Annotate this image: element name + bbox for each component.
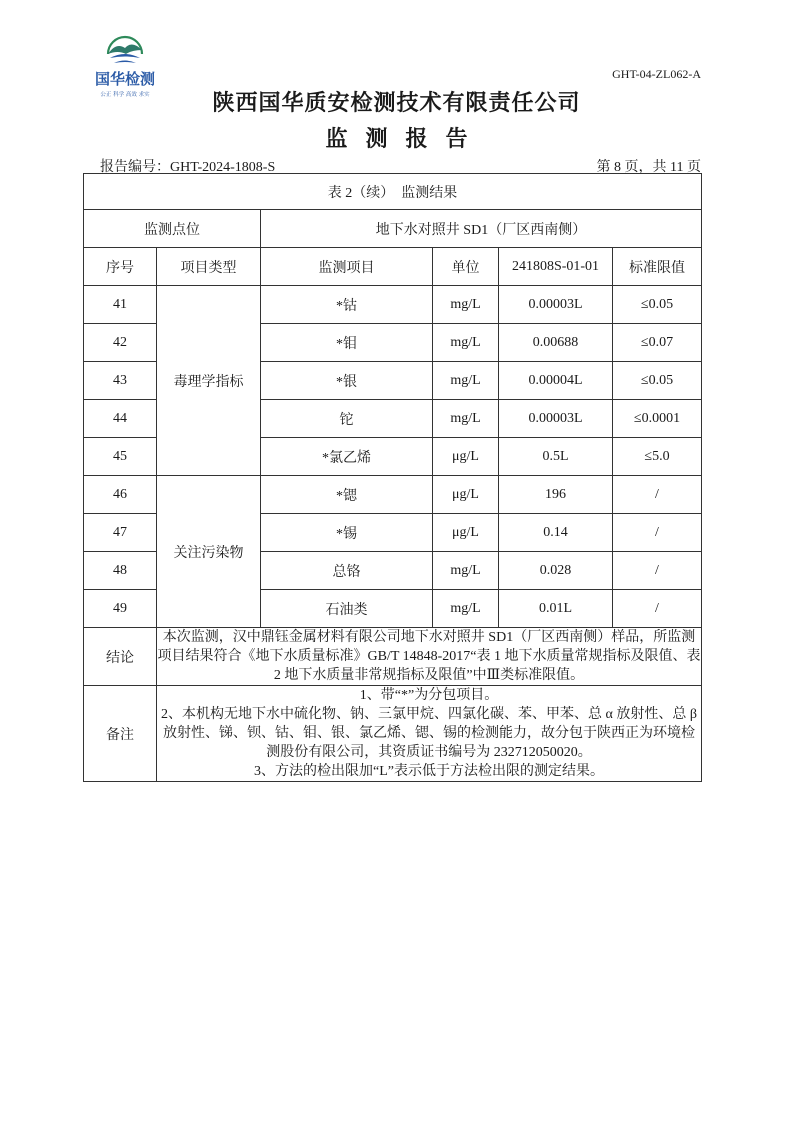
row-limit: /: [613, 514, 702, 552]
row-no: 46: [84, 476, 157, 514]
row-no: 43: [84, 362, 157, 400]
remarks-label: 备注: [84, 686, 157, 782]
row-value: 0.028: [499, 552, 613, 590]
company-name: 陕西国华质安检测技术有限责任公司: [0, 86, 793, 117]
report-title: 监测报告: [0, 122, 793, 153]
row-limit: ≤0.07: [613, 324, 702, 362]
row-limit: ≤0.05: [613, 286, 702, 324]
table-row: 46 关注污染物 *锶 μg/L 196 /: [84, 476, 702, 514]
row-item: 总铬: [261, 552, 433, 590]
remark-item: 3、方法的检出限加“L”表示低于方法检出限的测定结果。: [157, 762, 701, 781]
row-no: 42: [84, 324, 157, 362]
row-unit: mg/L: [433, 590, 499, 628]
table-caption: 表 2（续） 监测结果: [84, 174, 702, 210]
conclusion-label: 结论: [84, 628, 157, 686]
row-item: *钴: [261, 286, 433, 324]
row-unit: mg/L: [433, 286, 499, 324]
row-value: 0.00004L: [499, 362, 613, 400]
remark-item: 2、本机构无地下水中硫化物、钠、三氯甲烷、四氯化碳、苯、甲苯、总 α 放射性、总…: [157, 705, 701, 762]
row-value: 196: [499, 476, 613, 514]
col-header-limit: 标准限值: [613, 248, 702, 286]
row-limit: ≤5.0: [613, 438, 702, 476]
col-header-type: 项目类型: [157, 248, 261, 286]
col-header-sample: 241808S-01-01: [499, 248, 613, 286]
row-item: *锶: [261, 476, 433, 514]
row-unit: mg/L: [433, 400, 499, 438]
row-item: *银: [261, 362, 433, 400]
row-item: *锡: [261, 514, 433, 552]
row-unit: mg/L: [433, 362, 499, 400]
row-unit: mg/L: [433, 324, 499, 362]
row-unit: μg/L: [433, 438, 499, 476]
row-value: 0.14: [499, 514, 613, 552]
col-header-no: 序号: [84, 248, 157, 286]
row-limit: /: [613, 552, 702, 590]
table-row: 41 毒理学指标 *钴 mg/L 0.00003L ≤0.05: [84, 286, 702, 324]
row-value: 0.5L: [499, 438, 613, 476]
row-item: *钼: [261, 324, 433, 362]
row-limit: /: [613, 476, 702, 514]
remark-item: 1、带“*”为分包项目。: [157, 686, 701, 705]
location-value: 地下水对照井 SD1（厂区西南侧）: [261, 210, 702, 248]
row-value: 0.00003L: [499, 400, 613, 438]
row-no: 47: [84, 514, 157, 552]
row-unit: mg/L: [433, 552, 499, 590]
row-no: 45: [84, 438, 157, 476]
row-no: 49: [84, 590, 157, 628]
row-limit: /: [613, 590, 702, 628]
row-value: 0.01L: [499, 590, 613, 628]
col-header-unit: 单位: [433, 248, 499, 286]
item-type: 毒理学指标: [157, 286, 261, 476]
column-header-row: 序号 项目类型 监测项目 单位 241808S-01-01 标准限值: [84, 248, 702, 286]
row-no: 41: [84, 286, 157, 324]
row-unit: μg/L: [433, 476, 499, 514]
row-item: *氯乙烯: [261, 438, 433, 476]
row-no: 44: [84, 400, 157, 438]
col-header-item: 监测项目: [261, 248, 433, 286]
row-value: 0.00003L: [499, 286, 613, 324]
row-value: 0.00688: [499, 324, 613, 362]
remarks-block: 1、带“*”为分包项目。 2、本机构无地下水中硫化物、钠、三氯甲烷、四氯化碳、苯…: [157, 686, 702, 782]
item-type: 关注污染物: [157, 476, 261, 628]
row-limit: ≤0.0001: [613, 400, 702, 438]
row-no: 48: [84, 552, 157, 590]
row-unit: μg/L: [433, 514, 499, 552]
mountain-lake-logo-icon: [102, 28, 148, 70]
row-item: 铊: [261, 400, 433, 438]
document-code: GHT-04-ZL062-A: [612, 67, 701, 82]
conclusion-text: 本次监测，汉中鼎钰金属材料有限公司地下水对照井 SD1（厂区西南侧）样品，所监测…: [157, 628, 702, 686]
results-table: 表 2（续） 监测结果 监测点位 地下水对照井 SD1（厂区西南侧） 序号 项目…: [83, 173, 702, 782]
location-label: 监测点位: [84, 210, 261, 248]
row-item: 石油类: [261, 590, 433, 628]
row-limit: ≤0.05: [613, 362, 702, 400]
